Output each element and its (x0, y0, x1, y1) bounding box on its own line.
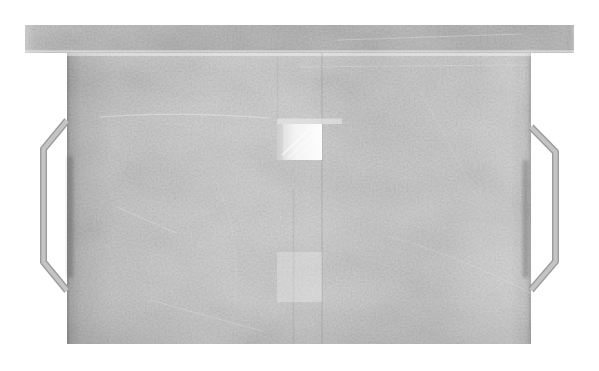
left-clip-contact-shadow (68, 156, 74, 278)
body-top-highlight-edge (67, 53, 531, 56)
specular-highlight (277, 124, 322, 160)
right-clip-contact-shadow (523, 160, 529, 278)
product-photo-stage (0, 0, 599, 371)
cap-bottom-highlight-edge (25, 50, 574, 52)
specular-highlight-streak (277, 119, 342, 125)
cap-shading-overlay (25, 25, 574, 53)
product-photo (0, 0, 599, 371)
soft-reflection (277, 252, 322, 302)
